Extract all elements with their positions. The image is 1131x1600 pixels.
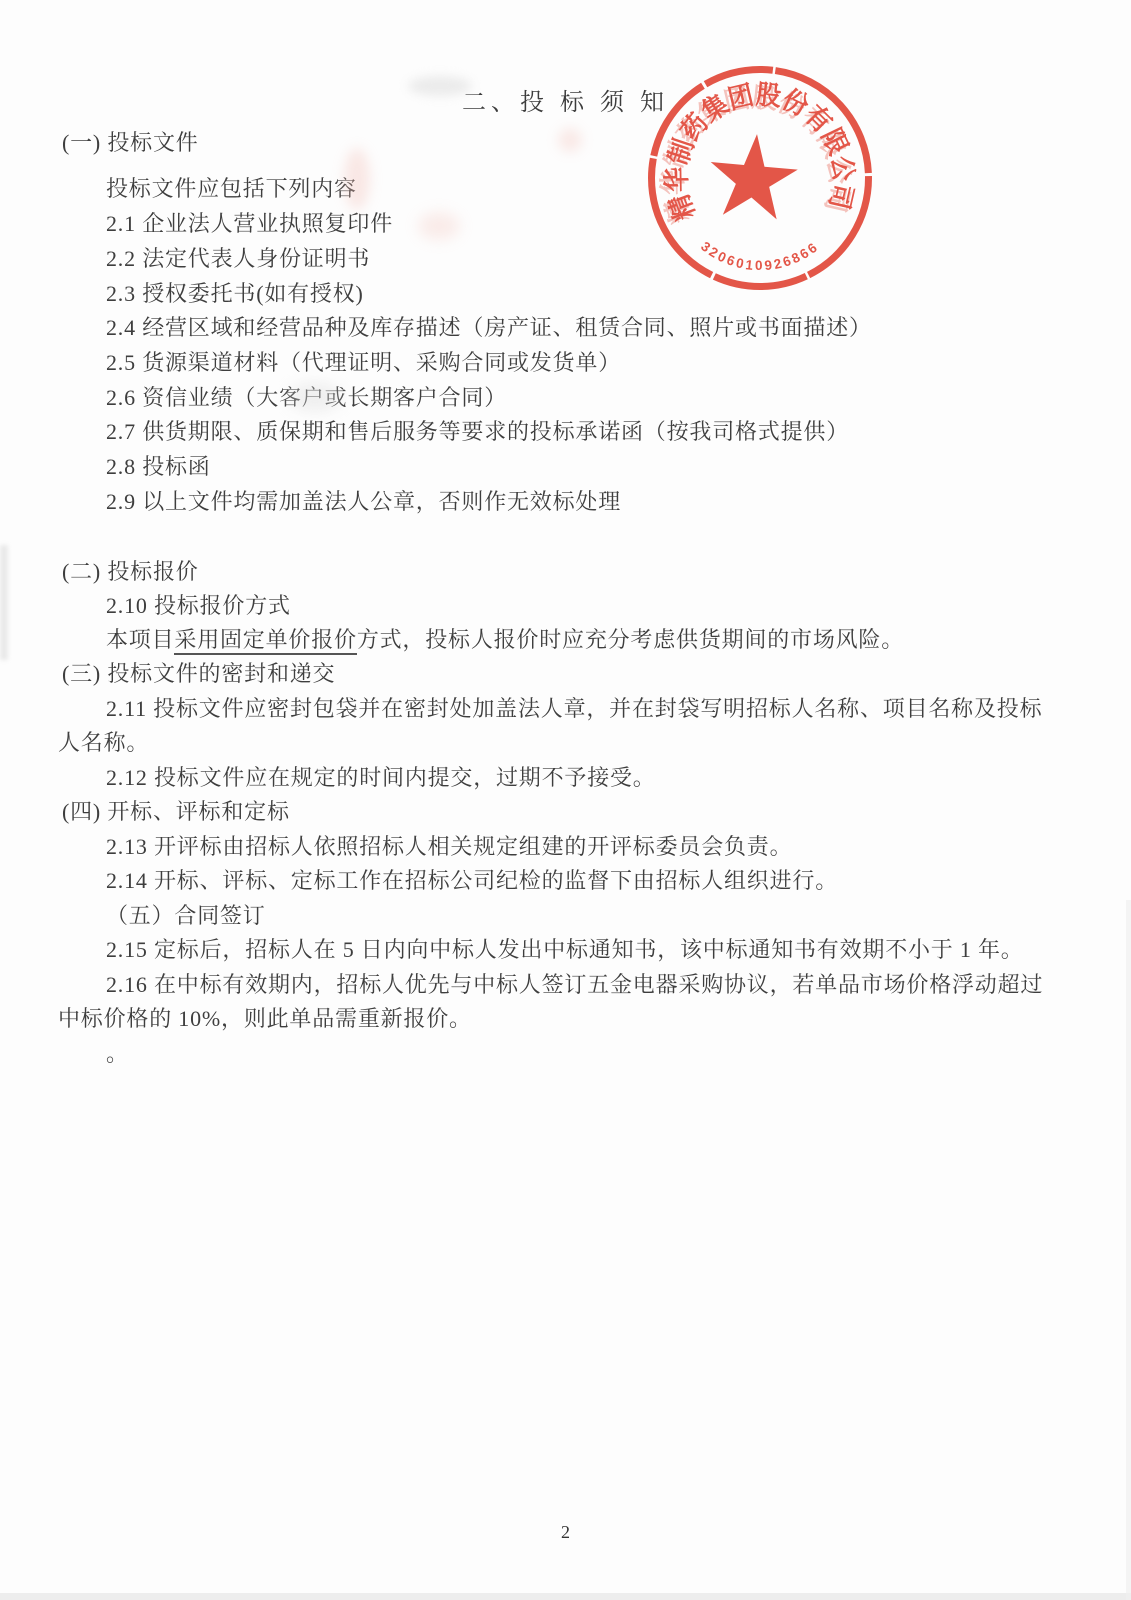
pricing-line-post: 方式，投标人报价时应充分考虑供货期间的市场风险。 xyxy=(357,627,904,652)
item-2-16: 2.16 在中标有效期内，招标人优先与中标人签订五金电器采购协议，若单品市场价格… xyxy=(106,970,1043,1000)
seal-serial-number: 3206010926866 xyxy=(698,239,822,274)
item-2-12: 2.12 投标文件应在规定的时间内提交，过期不予接受。 xyxy=(106,763,656,793)
item-2-6: 2.6 资信业绩（大客户或长期客户合同） xyxy=(106,383,507,413)
item-2-13: 2.13 开评标由招标人依照招标人相关规定组建的开评标委员会负责。 xyxy=(106,832,792,862)
item-2-8: 2.8 投标函 xyxy=(106,452,211,482)
section-5-heading: （五）合同签订 xyxy=(106,901,266,931)
company-seal: 精华制药集团股份有限公司 精华制药集团股份有限公司 3206010926866 xyxy=(646,64,876,294)
item-2-9: 2.9 以上文件均需加盖法人公章，否则作无效标处理 xyxy=(106,487,621,517)
svg-text:3206010926866: 3206010926866 xyxy=(698,239,822,274)
section-1-heading: (一) 投标文件 xyxy=(62,128,199,158)
item-2-16-continuation: 中标价格的 10%，则此单品需重新报价。 xyxy=(58,1004,472,1034)
item-2-4: 2.4 经营区域和经营品种及库存描述（房产证、租赁合同、照片或书面描述） xyxy=(106,313,872,343)
section-2-heading: (二) 投标报价 xyxy=(62,557,199,587)
pricing-line-underlined: 采用固定单价报价 xyxy=(174,627,356,655)
item-2-7: 2.7 供货期限、质保期和售后服务等要求的投标承诺函（按我司格式提供） xyxy=(106,417,849,447)
item-2-3: 2.3 授权委托书(如有授权) xyxy=(106,279,364,309)
section-1-intro: 投标文件应包括下列内容 xyxy=(106,174,357,204)
pricing-line-pre: 本项目 xyxy=(106,627,174,652)
item-2-10: 2.10 投标报价方式 xyxy=(106,591,291,621)
pricing-method-line: 本项目采用固定单价报价方式，投标人报价时应充分考虑供货期间的市场风险。 xyxy=(106,625,904,655)
document-page: 二、投 标 须 知 (一) 投标文件 投标文件应包括下列内容 2.1 企业法人营… xyxy=(0,0,1131,1600)
item-2-14: 2.14 开标、评标、定标工作在招标公司纪检的监督下由招标人组织进行。 xyxy=(106,866,838,896)
scan-artifact xyxy=(418,212,460,240)
item-2-15: 2.15 定标后，招标人在 5 日内向中标人发出中标通知书，该中标通知书有效期不… xyxy=(106,935,1024,965)
scan-artifact xyxy=(0,545,8,660)
scan-artifact xyxy=(558,128,582,152)
item-2-11-continuation: 人名称。 xyxy=(58,728,149,758)
item-2-2: 2.2 法定代表人身份证明书 xyxy=(106,244,370,274)
item-2-5: 2.5 货源渠道材料（代理证明、采购合同或发货单） xyxy=(106,348,621,378)
stray-period: 。 xyxy=(106,1039,129,1069)
page-title: 二、投 标 须 知 xyxy=(0,82,1131,117)
seal-star-icon xyxy=(706,130,800,221)
item-2-11: 2.11 投标文件应密封包袋并在密封处加盖法人章，并在封袋写明招标人名称、项目名… xyxy=(106,694,1042,724)
section-3-heading: (三) 投标文件的密封和递交 xyxy=(62,659,335,689)
page-number: 2 xyxy=(0,1522,1131,1543)
section-4-heading: (四) 开标、评标和定标 xyxy=(62,797,290,827)
scan-artifact xyxy=(0,1593,1131,1600)
scan-artifact xyxy=(1126,900,1131,1600)
item-2-1: 2.1 企业法人营业执照复印件 xyxy=(106,209,393,239)
